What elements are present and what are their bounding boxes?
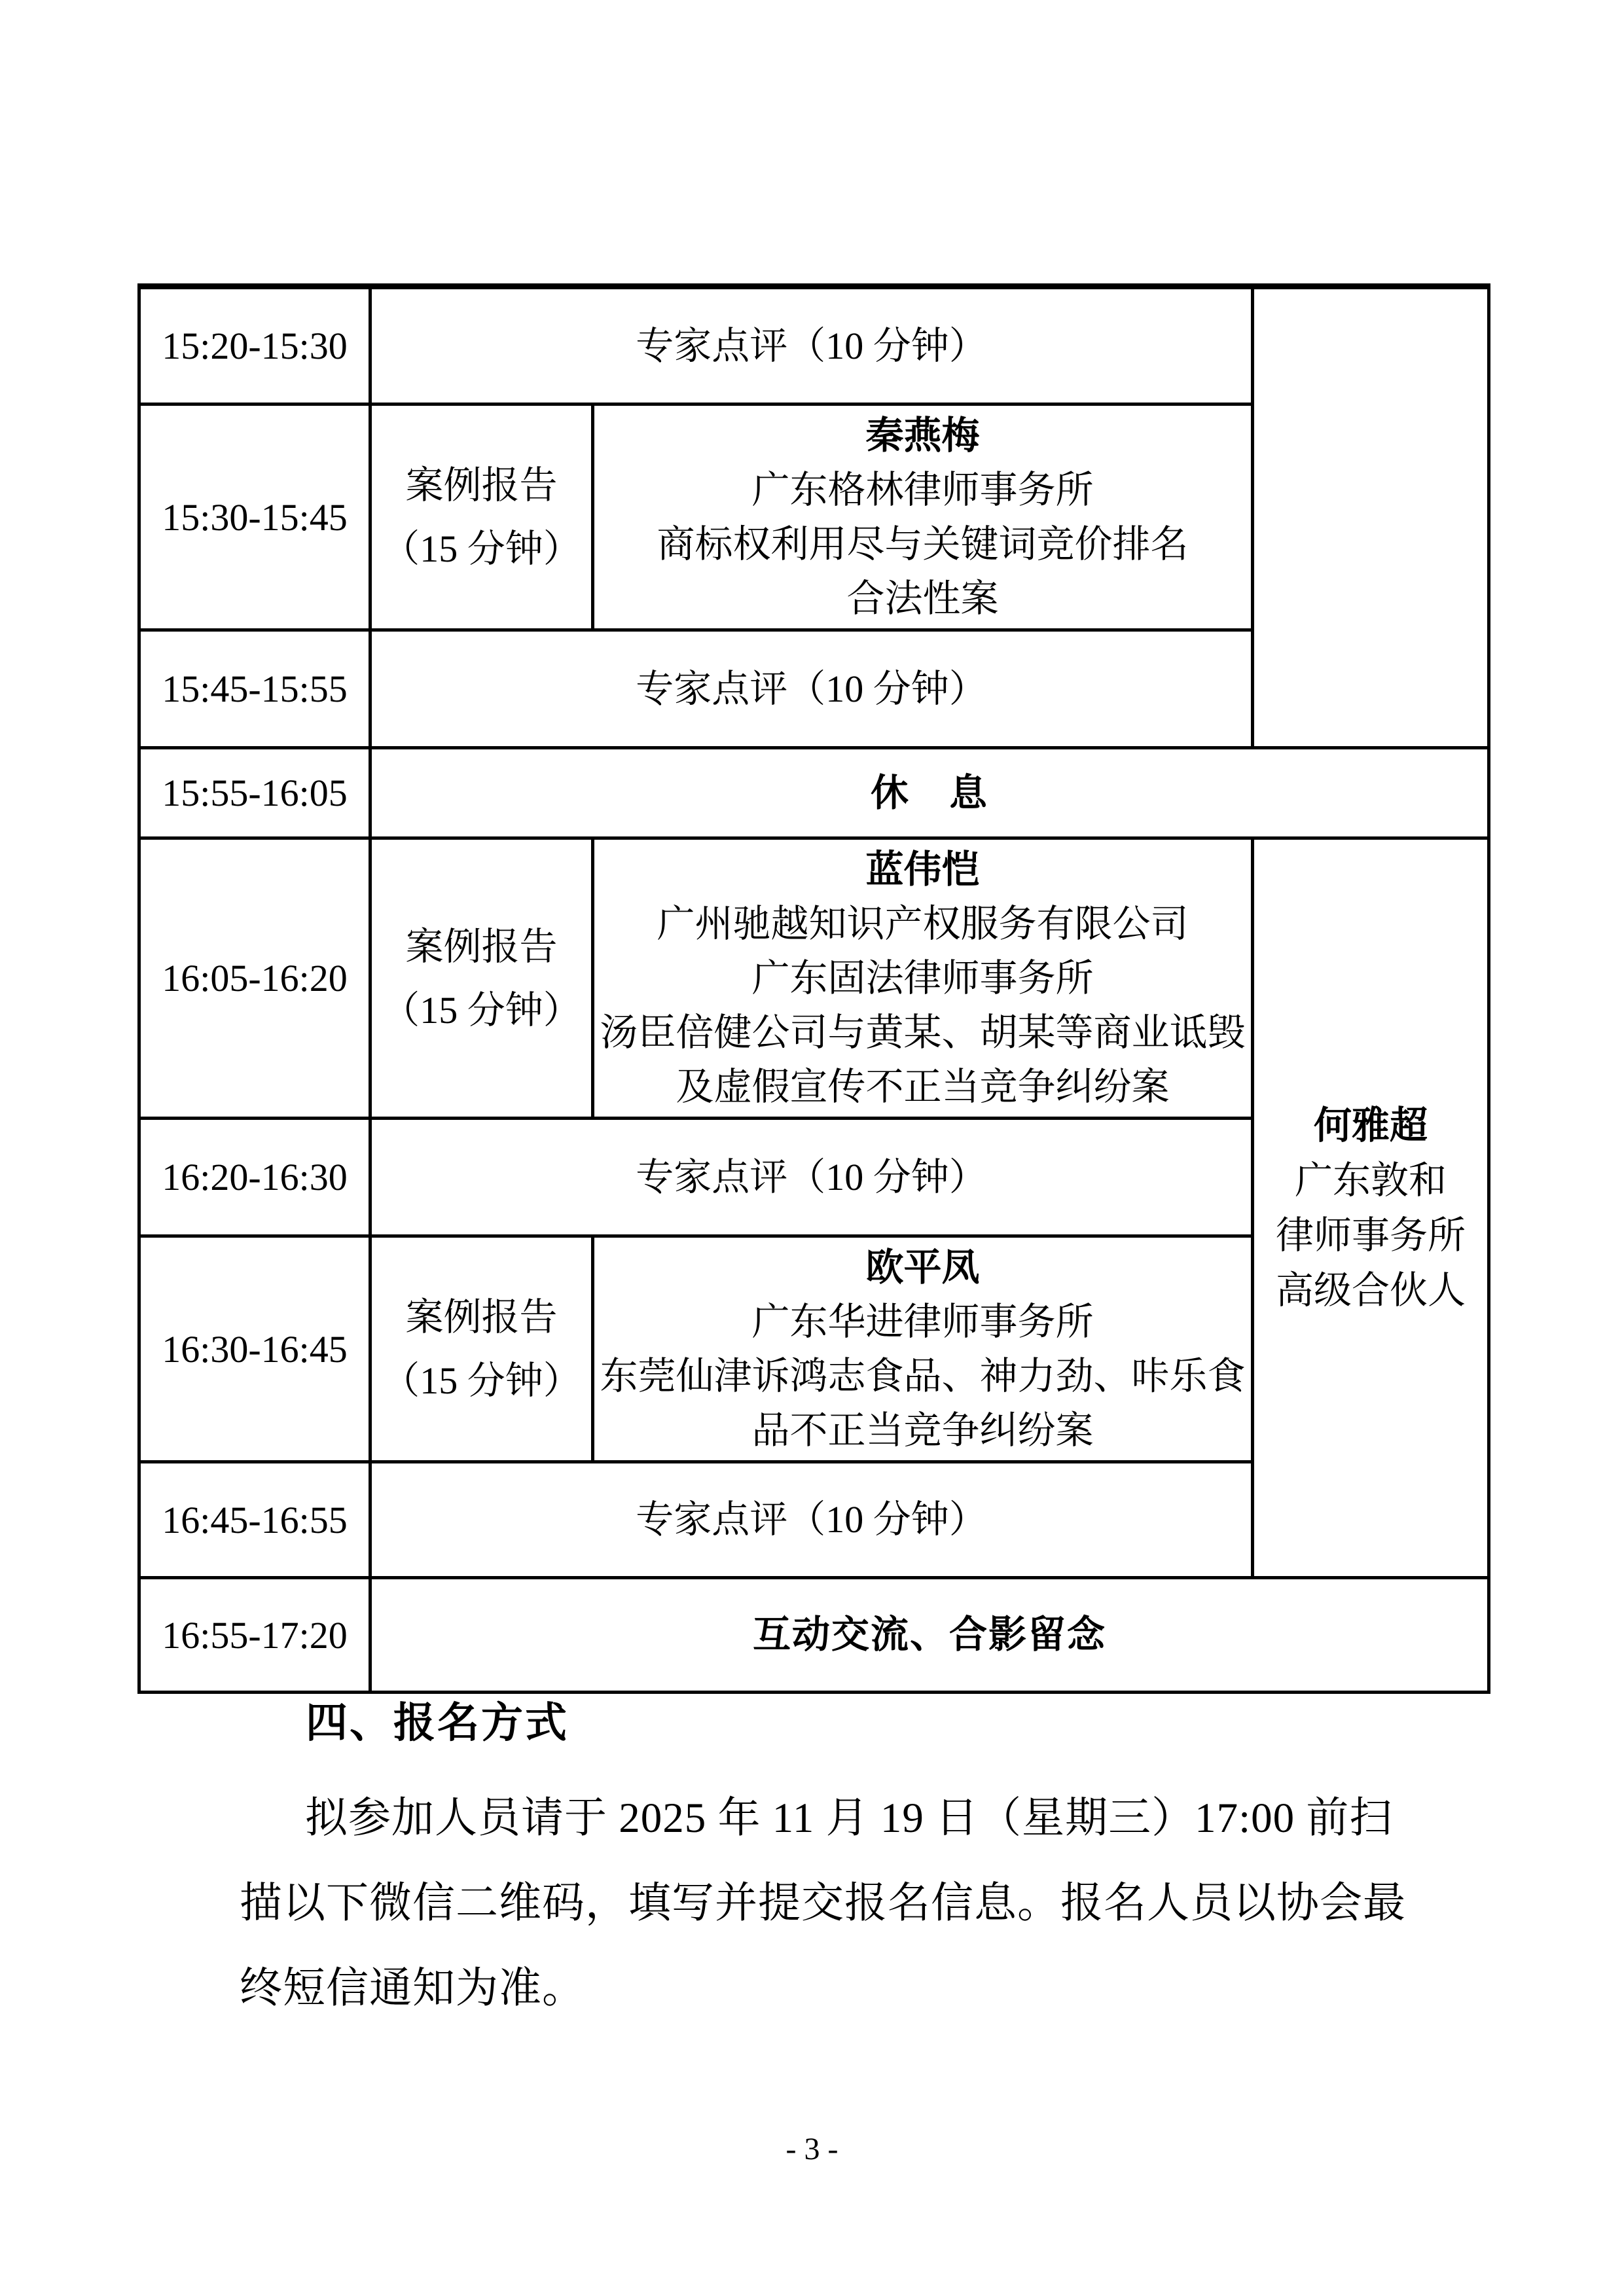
time-cell: 15:55-16:05 <box>139 748 370 838</box>
time-cell: 16:55-17:20 <box>139 1578 370 1693</box>
activity-cell: 专家点评（10 分钟） <box>370 1119 1253 1236</box>
speaker-name: 欧平凤 <box>594 1240 1251 1295</box>
time-cell: 16:20-16:30 <box>139 1119 370 1236</box>
schedule-row: 15:55-16:05 休 息 <box>139 748 1489 838</box>
time-cell: 15:30-15:45 <box>139 404 370 630</box>
section-heading: 四、报名方式 <box>306 1696 569 1749</box>
time-cell: 16:45-16:55 <box>139 1462 370 1578</box>
schedule-row: 16:55-17:20 互动交流、合影留念 <box>139 1578 1489 1693</box>
closing-cell: 互动交流、合影留念 <box>370 1578 1489 1693</box>
moderator-cell-empty <box>1253 287 1489 748</box>
moderator-name: 何雅超 <box>1254 1098 1487 1153</box>
registration-paragraph: 拟参加人员请于 2025 年 11 月 19 日（星期三）17:00 前扫 描以… <box>240 1776 1418 2031</box>
case-details: 广东格林律师事务所 商标权利用尽与关键词竞价排名 合法性案 <box>594 463 1251 626</box>
document-page: 15:20-15:30 专家点评（10 分钟） 15:30-15:45 案例报告… <box>0 0 1624 2296</box>
case-details: 广州驰越知识产权服务有限公司 广东固法律师事务所 汤臣倍健公司与黄某、胡某等商业… <box>594 897 1251 1114</box>
report-type-cell: 案例报告 （15 分钟） <box>370 838 593 1119</box>
schedule-row: 16:05-16:20 案例报告 （15 分钟） 蓝伟恺 广州驰越知识产权服务有… <box>139 838 1489 1119</box>
time-cell: 16:30-16:45 <box>139 1236 370 1462</box>
case-details: 广东华进律师事务所 东莞仙津诉鸿志食品、神力劲、咔乐食 品不正当竞争纠纷案 <box>594 1295 1251 1458</box>
schedule-table: 15:20-15:30 专家点评（10 分钟） 15:30-15:45 案例报告… <box>137 283 1490 1694</box>
schedule-row: 15:20-15:30 专家点评（10 分钟） <box>139 287 1489 404</box>
activity-cell: 专家点评（10 分钟） <box>370 630 1253 748</box>
report-type-cell: 案例报告 （15 分钟） <box>370 404 593 630</box>
time-cell: 16:05-16:20 <box>139 838 370 1119</box>
moderator-cell: 何雅超 广东敦和 律师事务所 高级合伙人 <box>1253 838 1489 1578</box>
time-cell: 15:20-15:30 <box>139 287 370 404</box>
speaker-name: 蓝伟恺 <box>594 842 1251 897</box>
speaker-name: 秦燕梅 <box>594 408 1251 463</box>
page-number: - 3 - <box>0 2129 1624 2170</box>
moderator-affiliation: 广东敦和 律师事务所 高级合伙人 <box>1254 1153 1487 1318</box>
activity-cell: 专家点评（10 分钟） <box>370 1462 1253 1578</box>
activity-cell: 专家点评（10 分钟） <box>370 287 1253 404</box>
case-presentation-cell: 欧平凤 广东华进律师事务所 东莞仙津诉鸿志食品、神力劲、咔乐食 品不正当竞争纠纷… <box>593 1236 1253 1462</box>
report-type-cell: 案例报告 （15 分钟） <box>370 1236 593 1462</box>
break-cell: 休 息 <box>370 748 1489 838</box>
case-presentation-cell: 蓝伟恺 广州驰越知识产权服务有限公司 广东固法律师事务所 汤臣倍健公司与黄某、胡… <box>593 838 1253 1119</box>
case-presentation-cell: 秦燕梅 广东格林律师事务所 商标权利用尽与关键词竞价排名 合法性案 <box>593 404 1253 630</box>
time-cell: 15:45-15:55 <box>139 630 370 748</box>
